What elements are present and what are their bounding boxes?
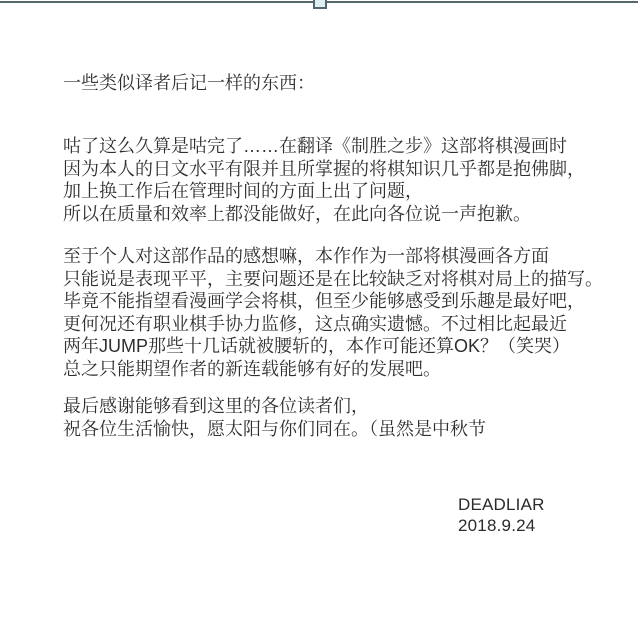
text-line: 加上换工作后在管理时间的方面上出了问题， <box>63 180 585 203</box>
signature-block: DEADLIAR 2018.9.24 <box>458 495 545 536</box>
text-line: 总之只能期望作者的新连载能够有好的发展吧。 <box>63 358 603 381</box>
text-line: 毕竟不能指望看漫画学会将棋，但至少能够感受到乐趣是最好吧， <box>63 290 603 313</box>
selection-resize-handle[interactable] <box>313 0 327 9</box>
text-line: 所以在质量和效率上都没能做好，在此向各位说一声抱歉。 <box>63 203 585 226</box>
translator-afterword-page: 一些类似译者后记一样的东西： 咕了这么久算是咕完了……在翻译《制胜之步》这部将棋… <box>0 0 638 628</box>
text-line: 只能说是表现平平，主要问题还是在比较缺乏对将棋对局上的描写。 <box>63 268 603 291</box>
paragraph-thanks: 最后感谢能够看到这里的各位读者们， 祝各位生活愉快，愿太阳与你们同在。（虽然是中… <box>63 395 486 440</box>
text-line: 咕了这么久算是咕完了……在翻译《制胜之步》这部将棋漫画时 <box>63 135 585 158</box>
text-line: 祝各位生活愉快，愿太阳与你们同在。（虽然是中秋节 <box>63 418 486 441</box>
paragraph-apology: 咕了这么久算是咕完了……在翻译《制胜之步》这部将棋漫画时 因为本人的日文水平有限… <box>63 135 585 225</box>
text-line: 两年JUMP那些十几话就被腰斩的，本作可能还算OK？（笑哭） <box>63 335 603 358</box>
paragraph-impressions: 至于个人对这部作品的感想嘛，本作作为一部将棋漫画各方面 只能说是表现平平，主要问… <box>63 245 603 380</box>
text-line: 更何况还有职业棋手协力监修，这点确实遗憾。不过相比起最近 <box>63 313 603 336</box>
text-line: 因为本人的日文水平有限并且所掌握的将棋知识几乎都是抱佛脚， <box>63 158 585 181</box>
signature-name: DEADLIAR <box>458 495 545 516</box>
signature-date: 2018.9.24 <box>458 516 545 537</box>
afterword-heading: 一些类似译者后记一样的东西： <box>63 72 315 95</box>
text-line: 最后感谢能够看到这里的各位读者们， <box>63 395 486 418</box>
text-line: 至于个人对这部作品的感想嘛，本作作为一部将棋漫画各方面 <box>63 245 603 268</box>
